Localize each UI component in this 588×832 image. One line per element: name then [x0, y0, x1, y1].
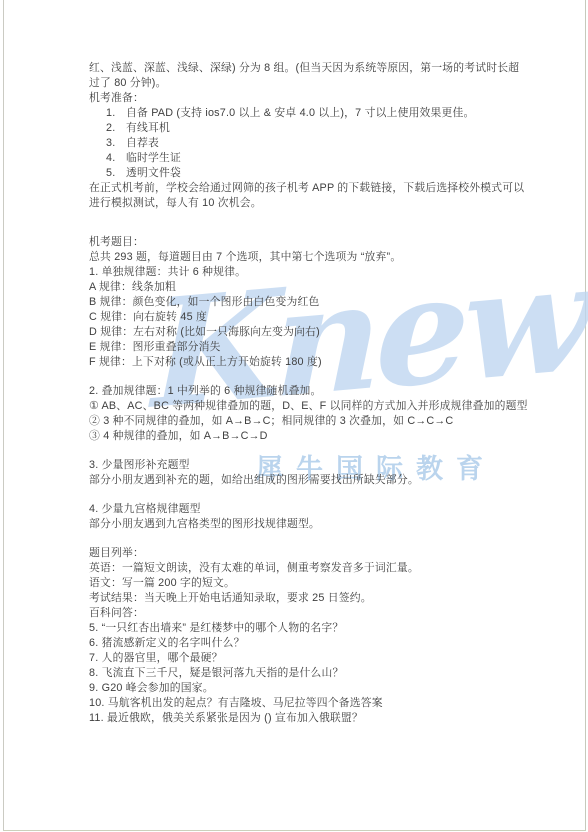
doc-blank-line: [89, 370, 529, 384]
doc-line: 考试结果：当天晚上开始电话通知录取，要求 25 日签约。: [89, 591, 529, 606]
doc-line: 3. 少量图形补充题型: [89, 458, 529, 473]
list-item-text: 自备 PAD (支持 ios7.0 以上 & 安卓 4.0 以上)，7 寸以上使…: [126, 107, 475, 119]
doc-line: 在正式机考前，学校会给通过网筛的孩子机考 APP 的下载链接，下载后选择校外模式…: [89, 181, 529, 196]
doc-line: 7. 人的器官里，哪个最硬？: [89, 651, 529, 666]
doc-line: 机考准备：: [89, 91, 529, 106]
doc-line: 4. 少量九宫格规律题型: [89, 502, 529, 517]
doc-line: 部分小朋友遇到九宫格类型的图形找规律题型。: [89, 517, 529, 532]
list-item-text: 透明文件袋: [126, 167, 181, 179]
doc-list-item: 5.透明文件袋: [89, 166, 529, 181]
doc-blank-line: [89, 211, 529, 235]
doc-line: 语文：写一篇 200 字的短文。: [89, 576, 529, 591]
doc-line: 过了 80 分钟)。: [89, 76, 529, 91]
screenshot-root: { "page": { "background": "#ffffff", "bo…: [0, 0, 588, 832]
doc-list-item: 1.自备 PAD (支持 ios7.0 以上 & 安卓 4.0 以上)，7 寸以…: [89, 106, 529, 121]
doc-line: ① AB、AC、BC 等两种规律叠加的题，D、E、F 以同样的方式加入并形成规律…: [89, 399, 529, 414]
doc-line: 进行模拟测试，每人有 10 次机会。: [89, 196, 529, 211]
doc-line: E 规律：图形重叠部分消失: [89, 340, 529, 355]
doc-line: F 规律：上下对称 (或从正上方开始旋转 180 度): [89, 355, 529, 370]
list-item-text: 临时学生证: [126, 152, 181, 164]
doc-list-item: 2.有线耳机: [89, 121, 529, 136]
document-page: Knew 犀牛国际教育 红、浅蓝、深蓝、浅绿、深绿) 分为 8 组。(但当天因为…: [3, 0, 586, 831]
doc-line: 百科问答：: [89, 606, 529, 621]
doc-line: 红、浅蓝、深蓝、浅绿、深绿) 分为 8 组。(但当天因为系统等原因，第一场的考试…: [89, 61, 529, 76]
doc-line: D 规律：左右对称 (比如一只海豚向左变为向右): [89, 325, 529, 340]
list-item-number: 2.: [106, 121, 126, 136]
list-item-number: 4.: [106, 151, 126, 166]
doc-line: ② 3 种不同规律的叠加，如 A→B→C；相同规律的 3 次叠加，如 C→C→C: [89, 414, 529, 429]
doc-blank-line: [89, 444, 529, 458]
doc-line: C 规律：向右旋转 45 度: [89, 310, 529, 325]
doc-line: 6. 猪流感新定义的名字叫什么？: [89, 636, 529, 651]
doc-blank-line: [89, 532, 529, 546]
doc-list-item: 4.临时学生证: [89, 151, 529, 166]
doc-line: 题目列举：: [89, 546, 529, 561]
doc-line: 9. G20 峰会参加的国家。: [89, 681, 529, 696]
doc-line: B 规律：颜色变化，如一个图形由白色变为红色: [89, 295, 529, 310]
list-item-number: 1.: [106, 106, 126, 121]
doc-blank-line: [89, 488, 529, 502]
doc-line: 英语：一篇短文朗读，没有太难的单词，侧重考察发音多于词汇量。: [89, 561, 529, 576]
doc-line: 11. 最近俄欧，俄美关系紧张是因为 () 宣布加入俄联盟？: [89, 711, 529, 726]
list-item-text: 自荐表: [126, 137, 159, 149]
doc-line: A 规律：线条加粗: [89, 280, 529, 295]
doc-line: 8. 飞流直下三千尺，疑是银河落九天指的是什么山？: [89, 666, 529, 681]
list-item-text: 有线耳机: [126, 122, 170, 134]
doc-line: 2. 叠加规律题：1 中列举的 6 种规律随机叠加。: [89, 384, 529, 399]
doc-line: 1. 单独规律题：共计 6 种规律。: [89, 265, 529, 280]
doc-line: 部分小朋友遇到补充的题，如给出组成的图形需要找出所缺失部分。: [89, 473, 529, 488]
doc-line: 5. “一只红杏出墙来” 是红楼梦中的哪个人物的名字？: [89, 621, 529, 636]
doc-line: 机考题目：: [89, 235, 529, 250]
doc-line: 10. 马航客机出发的起点？有吉隆坡、马尼拉等四个备选答案: [89, 696, 529, 711]
doc-line: 总共 293 题，每道题目由 7 个选项，其中第七个选项为 “放弃”。: [89, 250, 529, 265]
document-lines: 红、浅蓝、深蓝、浅绿、深绿) 分为 8 组。(但当天因为系统等原因，第一场的考试…: [89, 61, 529, 726]
doc-list-item: 3.自荐表: [89, 136, 529, 151]
list-item-number: 3.: [106, 136, 126, 151]
doc-line: ③ 4 种规律的叠加，如 A→B→C→D: [89, 429, 529, 444]
list-item-number: 5.: [106, 166, 126, 181]
